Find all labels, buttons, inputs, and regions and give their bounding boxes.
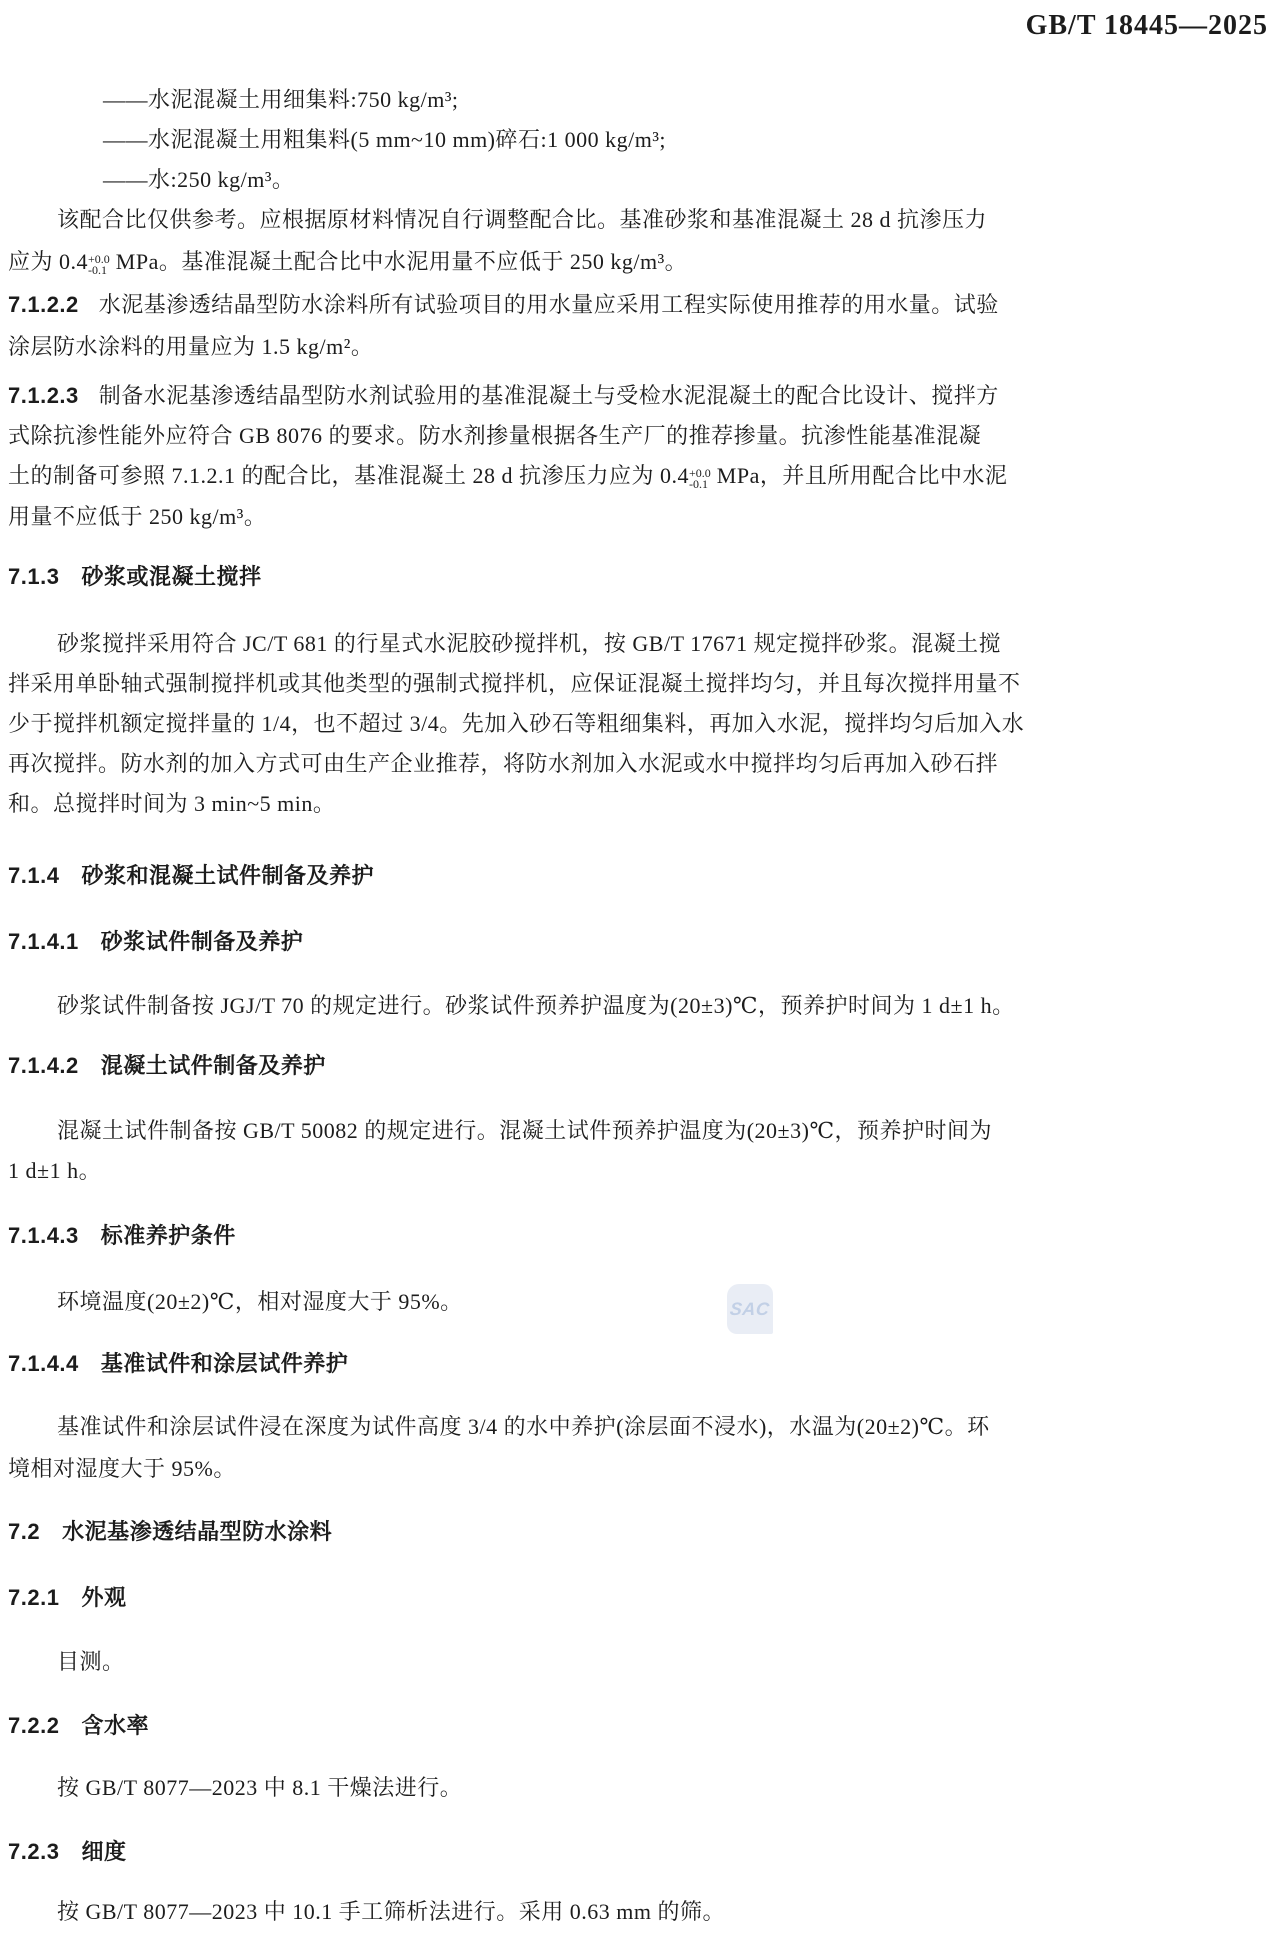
paragraph-line: 1 d±1 h。 [8,1157,101,1186]
paragraph-line: 按 GB/T 8077—2023 中 8.1 干燥法进行。 [57,1774,462,1803]
heading-number: 7.1.4.4 [8,1351,79,1376]
list-item-fine-aggregate: ——水泥混凝土用细集料:750 kg/m³; [103,86,459,115]
clause-7.1.2.3: 7.1.2.3制备水泥基渗透结晶型防水剂试验用的基准混凝土与受检水泥混凝土的配合… [8,382,999,411]
heading-7.1.4: 7.1.4砂浆和混凝土试件制备及养护 [8,862,374,891]
paragraph-line: 按 GB/T 8077—2023 中 10.1 手工筛析法进行。采用 0.63 … [57,1898,725,1927]
heading-number: 7.2.2 [8,1713,59,1738]
tolerance-pre-text: 土的制备可参照 7.1.2.1 的配合比，基准混凝土 28 d 抗渗压力应为 0… [8,463,689,488]
heading-title: 砂浆试件制备及养护 [101,929,304,954]
tolerance-post-text: MPa。基准混凝土配合比中水泥用量不应低于 250 kg/m³。 [110,249,687,274]
heading-title: 混凝土试件制备及养护 [101,1053,326,1078]
paragraph-line: 式除抗渗性能外应符合 GB 8076 的要求。防水剂掺量根据各生产厂的推荐掺量。… [8,422,981,451]
heading-7.2.1: 7.2.1外观 [8,1584,126,1613]
heading-number: 7.1.4.1 [8,929,79,954]
standard-number-header: GB/T 18445—2025 [1026,10,1268,42]
clause-number: 7.1.2.3 [8,383,79,408]
tolerance-pre-text: 应为 0.4 [8,249,88,274]
clause-text: 制备水泥基渗透结晶型防水剂试验用的基准混凝土与受检水泥混凝土的配合比设计、搅拌方 [99,383,999,408]
paragraph-line: 砂浆搅拌采用符合 JC/T 681 的行星式水泥胶砂搅拌机，按 GB/T 176… [57,630,1001,659]
heading-title: 砂浆和混凝土试件制备及养护 [81,863,374,888]
heading-title: 水泥基渗透结晶型防水涂料 [62,1519,332,1544]
heading-number: 7.1.4.2 [8,1053,79,1078]
heading-title: 基准试件和涂层试件养护 [101,1351,349,1376]
paragraph-line: 基准试件和涂层试件浸在深度为试件高度 3/4 的水中养护(涂层面不浸水)，水温为… [57,1413,990,1442]
heading-number: 7.1.4.3 [8,1223,79,1248]
heading-number: 7.2 [8,1519,40,1544]
list-item-coarse-aggregate: ——水泥混凝土用粗集料(5 mm~10 mm)碎石:1 000 kg/m³; [103,126,666,155]
heading-7.1.4.1: 7.1.4.1砂浆试件制备及养护 [8,928,303,957]
paragraph-line: 涂层防水涂料的用量应为 1.5 kg/m²。 [8,333,373,362]
heading-7.2: 7.2水泥基渗透结晶型防水涂料 [8,1518,332,1547]
paragraph-line: 拌采用单卧轴式强制搅拌机或其他类型的强制式搅拌机，应保证混凝土搅拌均匀，并且每次… [8,670,1021,699]
paragraph-line: 该配合比仅供参考。应根据原材料情况自行调整配合比。基准砂浆和基准混凝土 28 d… [57,206,987,235]
heading-7.1.3: 7.1.3砂浆或混凝土搅拌 [8,563,261,592]
heading-7.2.3: 7.2.3细度 [8,1838,126,1867]
heading-title: 外观 [81,1585,126,1610]
paragraph-line: 目测。 [57,1648,125,1677]
tolerance-lower: -0.1 [88,265,110,276]
paragraph-line: 混凝土试件制备按 GB/T 50082 的规定进行。混凝土试件预养护温度为(20… [57,1117,992,1146]
clause-number: 7.1.2.2 [8,292,79,317]
clause-text: 水泥基渗透结晶型防水涂料所有试验项目的用水量应采用工程实际使用推荐的用水量。试验 [99,292,999,317]
list-item-water: ——水:250 kg/m³。 [103,166,294,195]
heading-title: 砂浆或混凝土搅拌 [81,564,261,589]
heading-number: 7.1.3 [8,564,59,589]
paragraph-line: 再次搅拌。防水剂的加入方式可由生产企业推荐，将防水剂加入水泥或水中搅拌均匀后再加… [8,750,998,779]
heading-title: 标准养护条件 [101,1223,236,1248]
heading-7.1.4.2: 7.1.4.2混凝土试件制备及养护 [8,1052,326,1081]
heading-7.2.2: 7.2.2含水率 [8,1712,149,1741]
paragraph-line: 和。总搅拌时间为 3 min~5 min。 [8,790,335,819]
heading-number: 7.2.3 [8,1839,59,1864]
paragraph-line: 用量不应低于 250 kg/m³。 [8,503,266,532]
sac-watermark: SAC [727,1284,773,1334]
paragraph-line-with-tolerance: 应为 0.4+0.0-0.1 MPa。基准混凝土配合比中水泥用量不应低于 250… [8,248,687,277]
heading-7.1.4.3: 7.1.4.3标准养护条件 [8,1222,236,1251]
paragraph-line: 环境温度(20±2)℃，相对湿度大于 95%。 [57,1288,463,1317]
heading-number: 7.1.4 [8,863,59,888]
heading-title: 细度 [81,1839,126,1864]
tolerance-stack: +0.0-0.1 [88,254,110,276]
heading-7.1.4.4: 7.1.4.4基准试件和涂层试件养护 [8,1350,348,1379]
paragraph-line: 境相对湿度大于 95%。 [8,1455,236,1484]
paragraph-line: 少于搅拌机额定搅拌量的 1/4，也不超过 3/4。先加入砂石等粗细集料，再加入水… [8,710,1024,739]
tolerance-lower: -0.1 [689,479,711,490]
paragraph-line: 砂浆试件制备按 JGJ/T 70 的规定进行。砂浆试件预养护温度为(20±3)℃… [57,992,1015,1021]
heading-number: 7.2.1 [8,1585,59,1610]
clause-7.1.2.2: 7.1.2.2水泥基渗透结晶型防水涂料所有试验项目的用水量应采用工程实际使用推荐… [8,291,999,320]
sac-watermark-label: SAC [729,1299,771,1320]
paragraph-line-with-tolerance: 土的制备可参照 7.1.2.1 的配合比，基准混凝土 28 d 抗渗压力应为 0… [8,462,1007,491]
heading-title: 含水率 [81,1713,149,1738]
standard-document-page: GB/T 18445—2025 ——水泥混凝土用细集料:750 kg/m³; —… [0,0,1280,1944]
tolerance-post-text: MPa，并且所用配合比中水泥 [711,463,1008,488]
tolerance-stack: +0.0-0.1 [689,468,711,490]
